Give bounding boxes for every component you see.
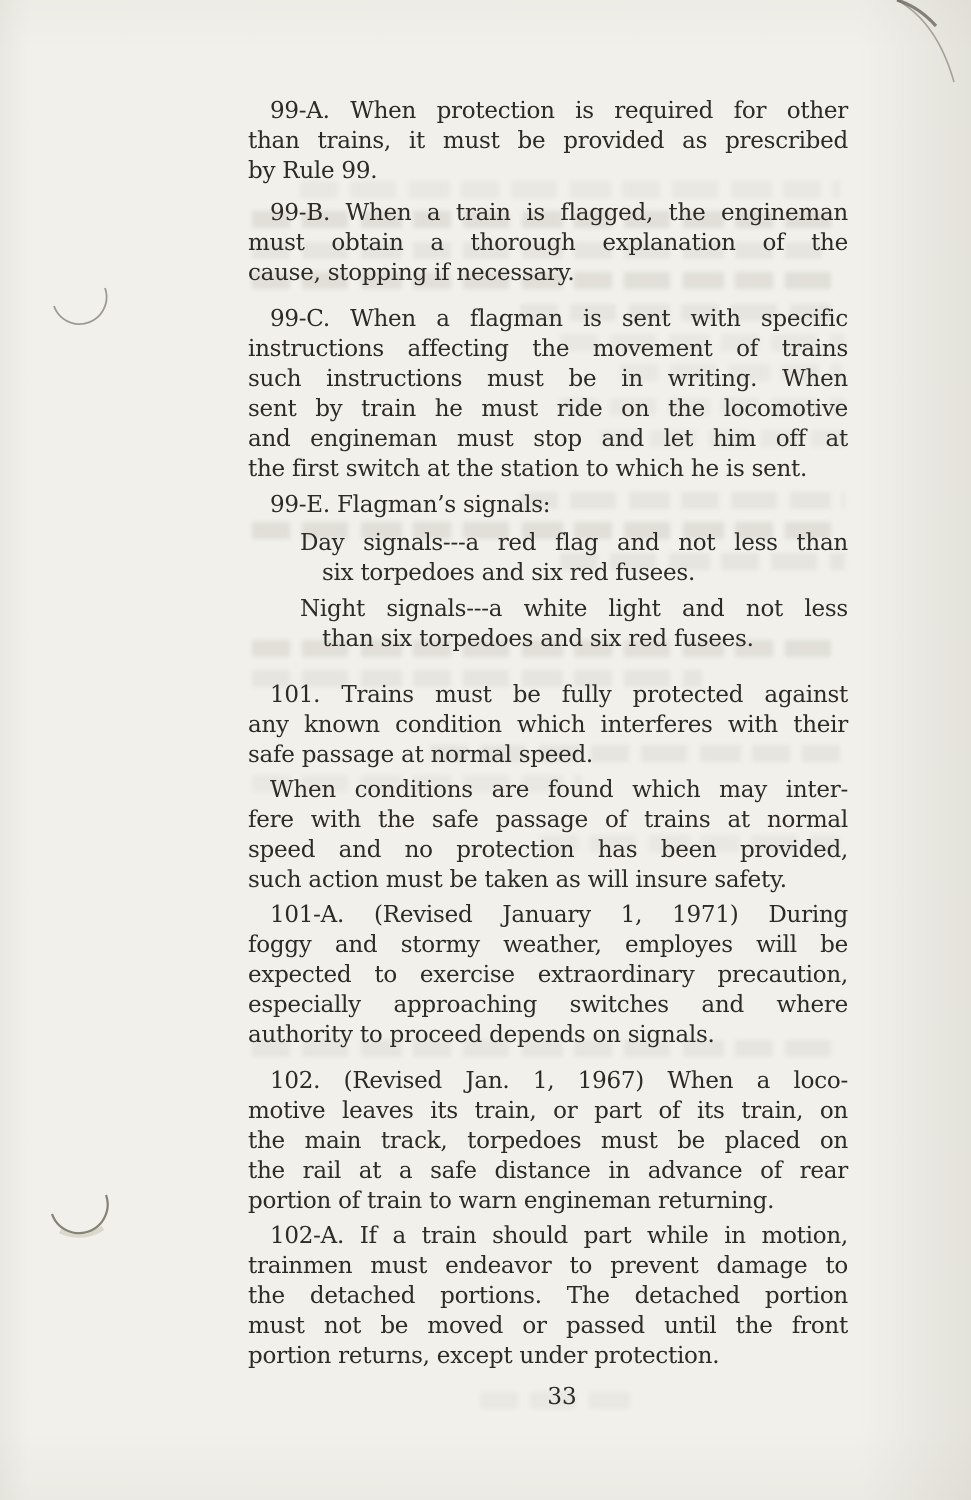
text-line: such instructions must be in writing. Wh… xyxy=(248,364,848,394)
text-line: Night signals---a white light and not le… xyxy=(300,594,848,624)
text-line: instructions affecting the movement of t… xyxy=(248,334,848,364)
text-line: portion returns, except under protection… xyxy=(248,1341,848,1371)
text-line: by Rule 99. xyxy=(248,156,848,186)
text-line: speed and no protection has been provide… xyxy=(248,835,848,865)
text-line: any known condition which interferes wit… xyxy=(248,710,848,740)
rule-101-para2: When conditions are found which may inte… xyxy=(248,775,848,895)
text-line: Day signals---a red flag and not less th… xyxy=(300,528,848,558)
text-line: 99-B. When a train is flagged, the engin… xyxy=(248,198,848,228)
text-line: expected to exercise extraordinary preca… xyxy=(248,960,848,990)
text-line: six torpedoes and six red fusees. xyxy=(322,558,848,588)
text-line: fere with the safe passage of trains at … xyxy=(248,805,848,835)
text-line: safe passage at normal speed. xyxy=(248,740,848,770)
text-line: the detached portions. The detached port… xyxy=(248,1281,848,1311)
text-line: especially approaching switches and wher… xyxy=(248,990,848,1020)
text-line: portion of train to warn engineman retur… xyxy=(248,1186,848,1216)
text-line: 99-E. Flagman’s signals: xyxy=(248,490,848,520)
text-line: must obtain a thorough explanation of th… xyxy=(248,228,848,258)
rule-99-A: 99-A. When protection is required for ot… xyxy=(248,96,848,186)
rule-102: 102. (Revised Jan. 1, 1967) When a loco-… xyxy=(248,1066,848,1216)
text-line: 102. (Revised Jan. 1, 1967) When a loco- xyxy=(248,1066,848,1096)
text-line: than six torpedoes and six red fusees. xyxy=(322,624,848,654)
binder-hole-bottom-icon xyxy=(52,1195,108,1235)
text-line: than trains, it must be provided as pres… xyxy=(248,126,848,156)
binder-hole-top-icon xyxy=(54,288,107,324)
text-line: 99-C. When a flagman is sent with specif… xyxy=(248,304,848,334)
text-line: trainmen must endeavor to prevent damage… xyxy=(248,1251,848,1281)
rule-99-C: 99-C. When a flagman is sent with specif… xyxy=(248,304,848,484)
text-line: 102-A. If a train should part while in m… xyxy=(248,1221,848,1251)
text-line: authority to proceed depends on signals. xyxy=(248,1020,848,1050)
rule-101-A: 101-A. (Revised January 1, 1971) Duringf… xyxy=(248,900,848,1050)
rule-99-E: 99-E. Flagman’s signals: xyxy=(248,490,848,520)
text-line: the rail at a safe distance in advance o… xyxy=(248,1156,848,1186)
text-line: sent by train he must ride on the locomo… xyxy=(248,394,848,424)
rulebook-text-column: 99-A. When protection is required for ot… xyxy=(248,96,848,1371)
text-line: and engineman must stop and let him off … xyxy=(248,424,848,454)
text-line: the main track, torpedoes must be placed… xyxy=(248,1126,848,1156)
text-line: such action must be taken as will insure… xyxy=(248,865,848,895)
rule-102-A: 102-A. If a train should part while in m… xyxy=(248,1221,848,1371)
text-line: cause, stopping if necessary. xyxy=(248,258,848,288)
text-line: foggy and stormy weather, employes will … xyxy=(248,930,848,960)
text-line: 101. Trains must be fully protected agai… xyxy=(248,680,848,710)
text-line: motive leaves its train, or part of its … xyxy=(248,1096,848,1126)
text-line: When conditions are found which may inte… xyxy=(248,775,848,805)
text-line: the first switch at the station to which… xyxy=(248,454,848,484)
text-line: must not be moved or passed until the fr… xyxy=(248,1311,848,1341)
page-number: 33 xyxy=(248,1382,848,1412)
text-line: 99-A. When protection is required for ot… xyxy=(248,96,848,126)
rule-99-E-night-signals: Night signals---a white light and not le… xyxy=(300,594,848,654)
rule-99-E-day-signals: Day signals---a red flag and not less th… xyxy=(300,528,848,588)
rule-99-B: 99-B. When a train is flagged, the engin… xyxy=(248,198,848,288)
rule-101: 101. Trains must be fully protected agai… xyxy=(248,680,848,770)
text-line: 101-A. (Revised January 1, 1971) During xyxy=(248,900,848,930)
page-curl-corner xyxy=(897,0,954,82)
